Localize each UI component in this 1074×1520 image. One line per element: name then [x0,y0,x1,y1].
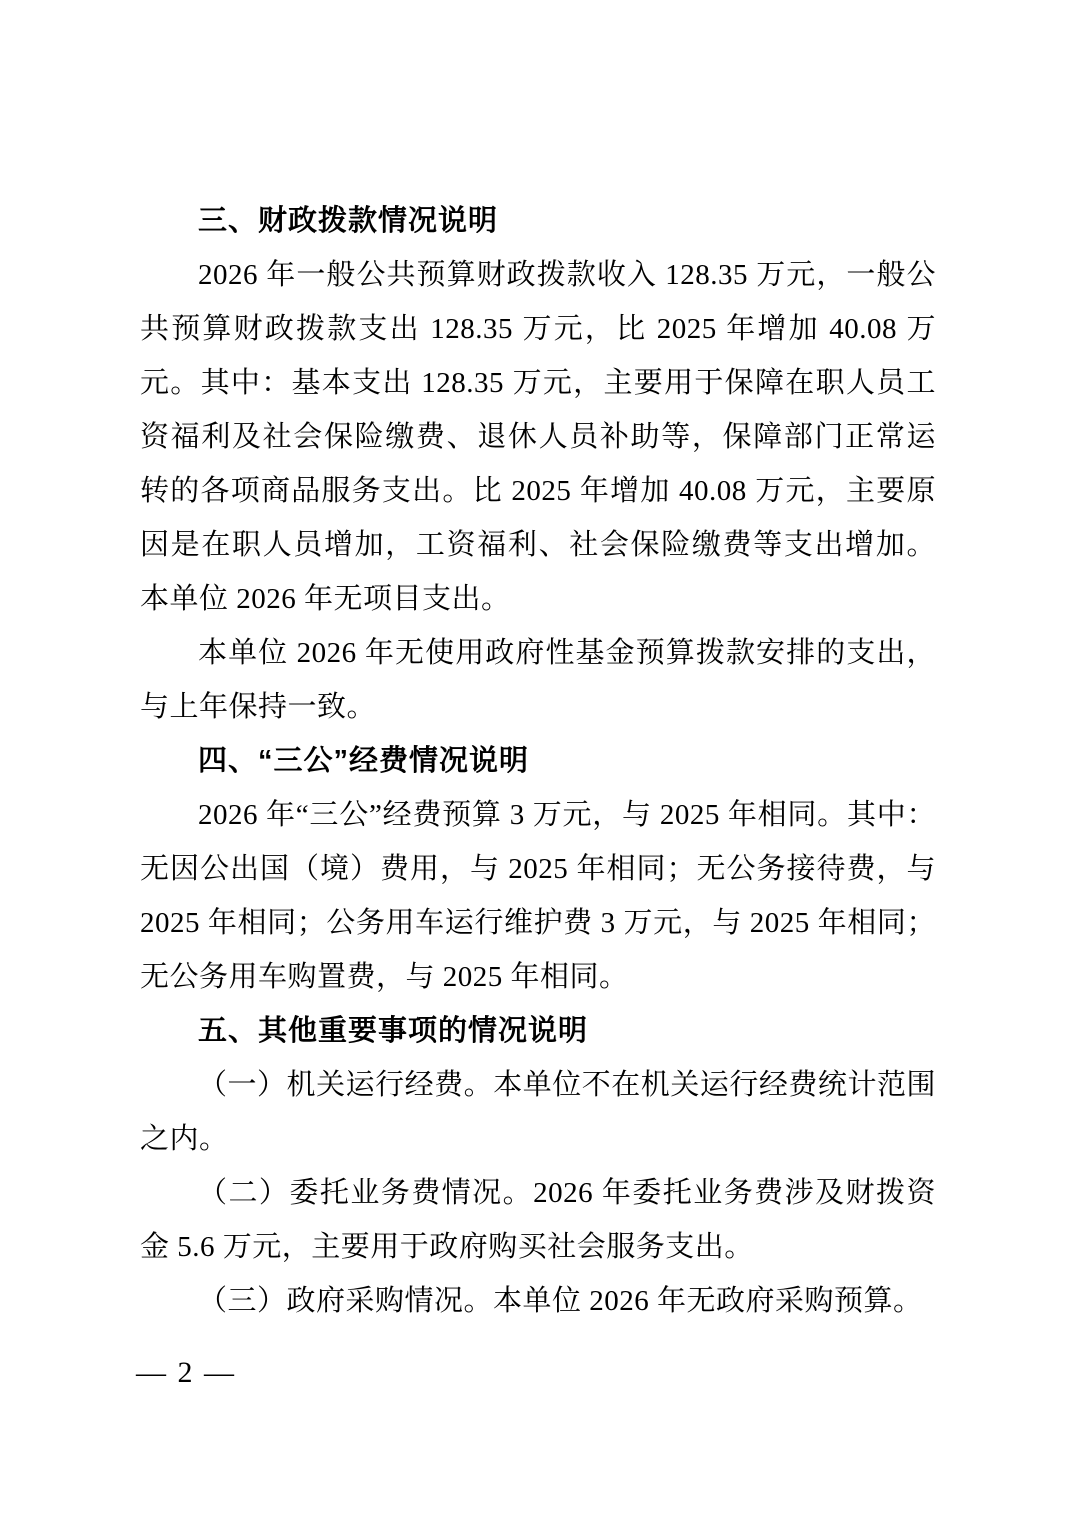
paragraph-fiscal-appropriation-detail: 2026 年一般公共预算财政拨款收入 128.35 万元，一般公共预算财政拨款支… [140,248,936,626]
paragraph-government-procurement: （三）政府采购情况。本单位 2026 年无政府采购预算。 [140,1274,936,1328]
paragraph-agency-operating-funds: （一）机关运行经费。本单位不在机关运行经费统计范围之内。 [140,1058,936,1166]
section-heading-fiscal-appropriation: 三、财政拨款情况说明 [140,194,936,248]
paragraph-government-fund-budget: 本单位 2026 年无使用政府性基金预算拨款安排的支出，与上年保持一致。 [140,626,936,734]
section-fiscal-appropriation: 三、财政拨款情况说明 2026 年一般公共预算财政拨款收入 128.35 万元，… [140,194,936,734]
document-page: 三、财政拨款情况说明 2026 年一般公共预算财政拨款收入 128.35 万元，… [0,0,1074,1520]
section-three-public-expenses: 四、“三公”经费情况说明 2026 年“三公”经费预算 3 万元，与 2025 … [140,734,936,1004]
document-body: 三、财政拨款情况说明 2026 年一般公共预算财政拨款收入 128.35 万元，… [140,194,936,1328]
section-other-important-matters: 五、其他重要事项的情况说明 （一）机关运行经费。本单位不在机关运行经费统计范围之… [140,1004,936,1328]
section-heading-three-public-expenses: 四、“三公”经费情况说明 [140,734,936,788]
section-heading-other-important-matters: 五、其他重要事项的情况说明 [140,1004,936,1058]
paragraph-three-public-expenses-detail: 2026 年“三公”经费预算 3 万元，与 2025 年相同。其中：无因公出国（… [140,788,936,1004]
paragraph-entrusted-business-fees: （二）委托业务费情况。2026 年委托业务费涉及财拨资金 5.6 万元，主要用于… [140,1166,936,1274]
page-number: — 2 — [136,1346,236,1400]
